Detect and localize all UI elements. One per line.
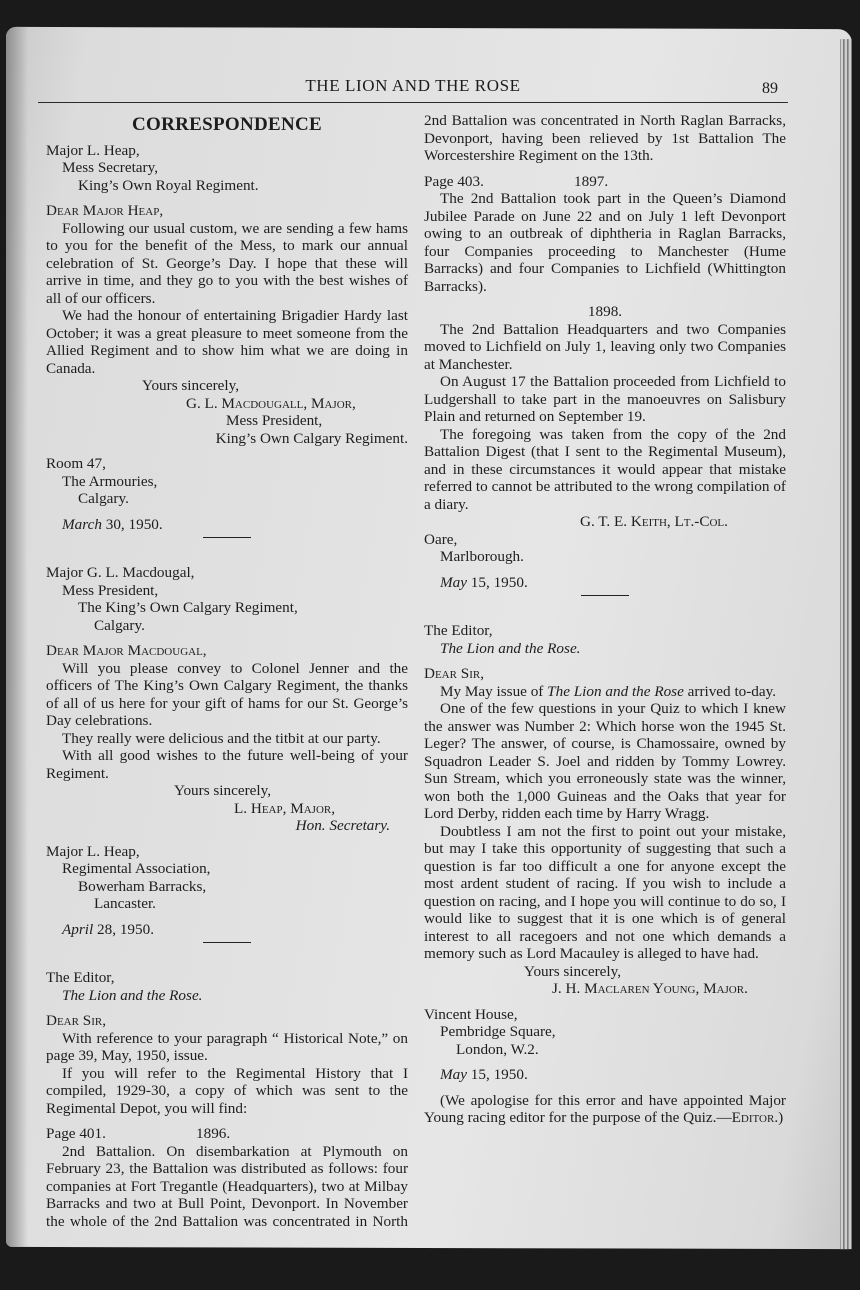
sender-address-line: Calgary. (46, 490, 408, 508)
date-month: May (440, 574, 467, 591)
date-rest: 28, 1950. (93, 921, 154, 938)
letter-date: May 15, 1950. (424, 1066, 786, 1084)
recipient-line: The Editor, (424, 622, 786, 640)
recipient-line: The Lion and the Rose. (46, 987, 408, 1005)
recipient-line: King’s Own Royal Regiment. (46, 177, 408, 195)
entry-page: Page 401. (46, 1125, 196, 1143)
letter-paragraph: They really were delicious and the titbi… (46, 730, 408, 748)
text-run: arrived to-day. (684, 683, 776, 700)
date-rest: 30, 1950. (102, 516, 163, 533)
letter-4: The Editor, The Lion and the Rose. Dear … (424, 622, 786, 1127)
editor-note: (We apologise for this error and have ap… (424, 1092, 786, 1127)
entry-paragraph: The 2nd Battalion took part in the Queen… (424, 190, 786, 295)
left-column: CORRESPONDENCE Major L. Heap, Mess Secre… (46, 112, 408, 1231)
letter-date: March 30, 1950. (46, 516, 408, 534)
running-title: THE LION AND THE ROSE (38, 76, 788, 96)
letter-paragraph: Following our usual custom, we are sendi… (46, 220, 408, 308)
signature-name: G. L. Macdougall, Major, (46, 395, 408, 413)
date-rest: 15, 1950. (467, 574, 528, 591)
salutation: Dear Major Heap, (46, 202, 408, 220)
entry-year: 1897. (574, 173, 608, 191)
letter-1: Major L. Heap, Mess Secretary, King’s Ow… (46, 142, 408, 539)
editor-note-end: .) (774, 1109, 783, 1126)
recipient-line: Mess President, (46, 582, 408, 600)
letter-paragraph: With reference to your paragraph “ Histo… (46, 1030, 408, 1065)
letter-date: April 28, 1950. (46, 921, 408, 939)
signature-name: G. T. E. Keith, Lt.-Col. (424, 513, 786, 531)
closing: Yours sincerely, (424, 963, 786, 981)
recipient-line: The King’s Own Calgary Regiment, (46, 599, 408, 617)
salutation: Dear Sir, (424, 665, 786, 683)
entry-year: 1898. (424, 303, 786, 321)
entry-page: Page 403. (424, 173, 574, 191)
signature-regiment: King’s Own Calgary Regiment. (46, 430, 408, 448)
date-rest: 15, 1950. (467, 1066, 528, 1083)
closing: Yours sincerely, (46, 377, 408, 395)
signature-title: Hon. Secretary. (46, 817, 408, 835)
letter-paragraph: One of the few questions in your Quiz to… (424, 700, 786, 823)
letter-paragraph: If you will refer to the Regimental Hist… (46, 1065, 408, 1118)
sender-address-line: The Armouries, (46, 473, 408, 491)
signature-title: Mess President, (46, 412, 408, 430)
page-stack-edge (840, 39, 852, 1249)
publication-title: The Lion and the Rose (547, 683, 684, 700)
date-month: May (440, 1066, 467, 1083)
history-entry-heading: Page 403. 1897. (424, 173, 786, 191)
sender-address-line: Vincent House, (424, 1006, 786, 1024)
recipient-line: The Lion and the Rose. (424, 640, 786, 658)
salutation: Dear Major Macdougal, (46, 642, 408, 660)
date-month: March (62, 516, 102, 533)
letter-3: The Editor, The Lion and the Rose. Dear … (46, 969, 408, 1231)
sender-address-line: Major L. Heap, (46, 843, 408, 861)
entry-paragraph-continued: 2nd Battalion was concentrated in North … (424, 112, 786, 165)
letter-date: May 15, 1950. (424, 574, 786, 592)
entry-paragraph: The foregoing was taken from the copy of… (424, 426, 786, 514)
letter-paragraph: We had the honour of entertaining Brigad… (46, 307, 408, 377)
entry-paragraph: 2nd Battalion. On disembarkation at Plym… (46, 1143, 408, 1231)
editor-sign: Editor (732, 1109, 775, 1126)
recipient-line: Major L. Heap, (46, 142, 408, 160)
recipient-line: Mess Secretary, (46, 159, 408, 177)
gutter-shadow (6, 27, 28, 1247)
recipient-line: Calgary. (46, 617, 408, 635)
letter-paragraph: With all good wishes to the future well-… (46, 747, 408, 782)
signature-name: J. H. Maclaren Young, Major. (424, 980, 786, 998)
sender-address-line: London, W.2. (424, 1041, 786, 1059)
sender-address-line: Regimental Association, (46, 860, 408, 878)
signature-name: L. Heap, Major, (46, 800, 408, 818)
letter-paragraph: Doubtless I am not the first to point ou… (424, 823, 786, 963)
history-entry-heading: Page 401. 1896. (46, 1125, 408, 1143)
entry-paragraph: On August 17 the Battalion proceeded fro… (424, 373, 786, 426)
section-title: CORRESPONDENCE (46, 116, 408, 134)
sender-address-line: Lancaster. (46, 895, 408, 913)
closing: Yours sincerely, (46, 782, 408, 800)
text-run: My May issue of (440, 683, 547, 700)
salutation: Dear Sir, (46, 1012, 408, 1030)
letter-paragraph: Will you please convey to Colonel Jenner… (46, 660, 408, 730)
letter-2: Major G. L. Macdougal, Mess President, T… (46, 564, 408, 943)
page-number: 89 (762, 80, 778, 98)
sender-address-line: Marlborough. (424, 548, 786, 566)
letter-paragraph: My May issue of The Lion and the Rose ar… (424, 683, 786, 701)
sender-address-line: Oare, (424, 531, 786, 549)
sender-address-line: Pembridge Square, (424, 1023, 786, 1041)
recipient-line: The Editor, (46, 969, 408, 987)
right-column: 2nd Battalion was concentrated in North … (424, 112, 786, 1127)
date-month: April (62, 921, 93, 938)
sender-address-line: Room 47, (46, 455, 408, 473)
entry-year: 1896. (196, 1125, 230, 1143)
sender-address-line: Bowerham Barracks, (46, 878, 408, 896)
entry-paragraph: The 2nd Battalion Headquarters and two C… (424, 321, 786, 374)
recipient-line: Major G. L. Macdougal, (46, 564, 408, 582)
running-header: THE LION AND THE ROSE 89 (38, 76, 788, 103)
